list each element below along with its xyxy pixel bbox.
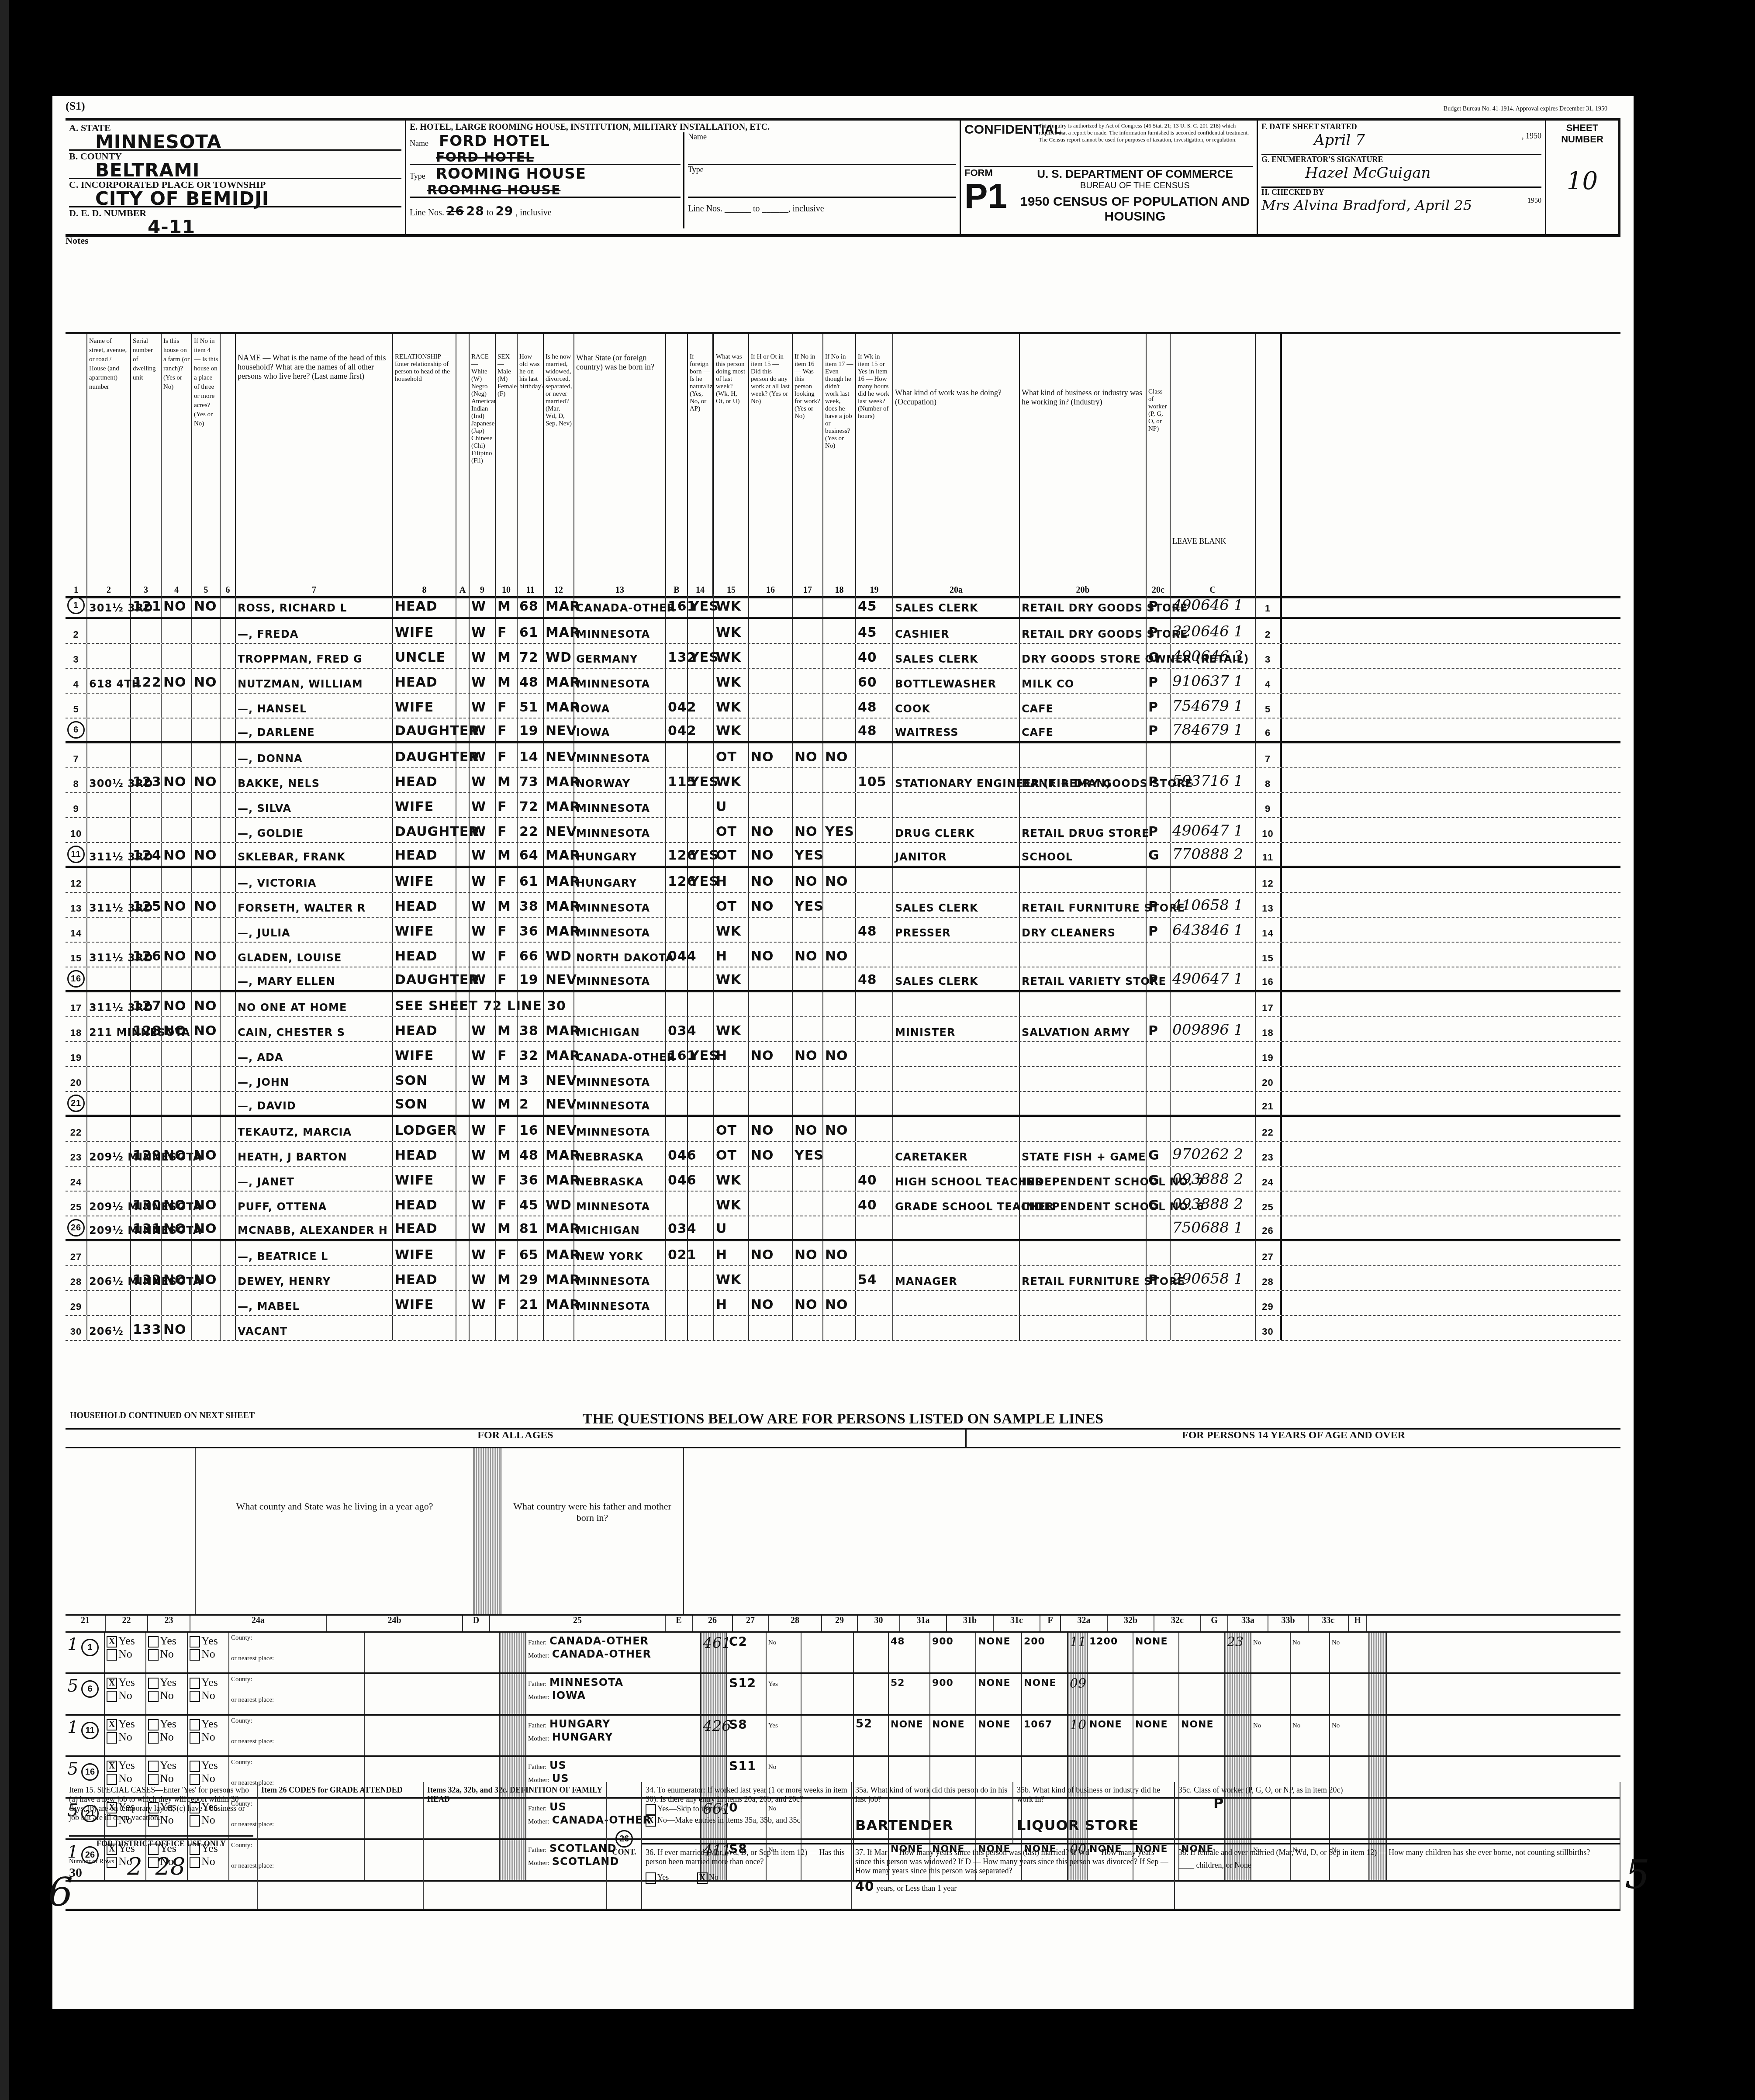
line-nos-label: Line Nos. — [410, 208, 444, 218]
cell-age: 14 — [518, 743, 544, 767]
line-number-right: 18 — [1256, 1017, 1282, 1041]
cell-c16 — [749, 793, 793, 817]
cell-c16 — [749, 918, 793, 942]
q26-cell: C2 — [727, 1633, 767, 1672]
cell-street: 301½ 3RD — [87, 594, 131, 617]
q32b-cell — [1133, 1674, 1179, 1714]
cell-blank — [456, 1266, 470, 1290]
cell-blank — [456, 893, 470, 917]
cell-age: 51 — [518, 694, 544, 718]
cell-blank — [456, 1017, 470, 1041]
cell-blank — [221, 1216, 236, 1239]
cell-marital: NEV — [544, 1067, 574, 1091]
cell-occupation: JANITOR — [893, 843, 1020, 866]
cell-sex: M — [496, 1266, 518, 1290]
line-number: 20 — [66, 1067, 87, 1091]
table-row: 16—, MARY ELLENDAUGHTERWF19NEVMINNESOTAW… — [66, 967, 1620, 992]
cell-c16: NO — [749, 868, 793, 892]
cell-age: 61 — [518, 619, 544, 643]
col-G-cell — [1225, 1674, 1251, 1714]
cell-street — [87, 1117, 131, 1141]
line-to-label: to — [487, 208, 494, 218]
q38-suffix: children, or None — [1196, 1861, 1251, 1869]
father-birthplace: US — [549, 1759, 567, 1772]
cell-class — [1147, 943, 1171, 967]
cell-street: 311½ 3RD — [87, 992, 131, 1016]
cell-acres — [192, 694, 221, 718]
cell-name: —, GOLDIE — [236, 818, 393, 842]
cell-natur — [688, 967, 714, 990]
cell-birthplace: MINNESOTA — [574, 743, 666, 767]
cell-activity: WK — [714, 918, 749, 942]
cell-c17 — [793, 1092, 823, 1115]
lower-col-28: 28 — [769, 1616, 822, 1631]
q23-yes-checkbox[interactable] — [190, 1719, 200, 1730]
sample-line-circle: 11 — [81, 1722, 99, 1739]
line-number-right: 22 — [1256, 1117, 1282, 1141]
cell-c18 — [823, 694, 856, 718]
cell-race: W — [470, 743, 496, 767]
cell-acres: NO — [192, 594, 221, 617]
cell-c18: NO — [823, 868, 856, 892]
cell-rel: WIFE — [393, 694, 456, 718]
mother-birthplace: CANADA-OTHER — [552, 1648, 651, 1660]
cell-race: W — [470, 1117, 496, 1141]
cell-farm — [162, 818, 192, 842]
cell-blank — [221, 893, 236, 917]
q23-no-checkbox[interactable] — [190, 1691, 200, 1702]
cell-birthplace: MINNESOTA — [574, 1117, 666, 1141]
line-number: 17 — [66, 992, 87, 1016]
cell-natur: YES — [688, 1042, 714, 1066]
line-number-right: 9 — [1256, 793, 1282, 817]
lower-col-E: E — [666, 1616, 693, 1631]
cell-class: P — [1147, 594, 1171, 617]
cell-c18: NO — [823, 1291, 856, 1315]
inst-name-struck: FORD HOTEL — [436, 150, 681, 165]
cell-name: —, ADA — [236, 1042, 393, 1066]
enumerator-signature: Hazel McGuigan — [1305, 164, 1430, 182]
cont-label: CONT. — [611, 1848, 638, 1857]
cell-blank — [221, 619, 236, 643]
cell-activity: H — [714, 868, 749, 892]
cell-farm: NO — [162, 1216, 192, 1239]
father-birthplace: HUNGARY — [549, 1718, 610, 1730]
q32a-cell: None — [1088, 1716, 1133, 1755]
col-17-label: If No in item 16 — Was this person looki… — [795, 353, 821, 420]
cell-activity — [714, 1067, 749, 1091]
cell-c18 — [823, 1266, 856, 1290]
cell-natur — [688, 793, 714, 817]
cell-serial: 128 — [131, 1017, 162, 1041]
col-E-cell: 461 — [701, 1633, 727, 1672]
q21-no-checkbox[interactable] — [107, 1732, 117, 1744]
lower-col-26: 26 — [693, 1616, 733, 1631]
sample-line-circle: 26 — [67, 1219, 85, 1237]
cell-marital: MAR — [544, 619, 574, 643]
q23-no-checkbox[interactable] — [190, 1649, 200, 1661]
table-row: 29—, MABELWIFEWF21MARMINNESOTAHNONONO29 — [66, 1291, 1620, 1316]
cell-acres: NO — [192, 1142, 221, 1166]
cell-age: 21 — [518, 1291, 544, 1315]
cell-c18: NO — [823, 1117, 856, 1141]
q31a-value: 900 — [932, 1678, 954, 1689]
q21-yes-checkbox[interactable]: X — [107, 1636, 117, 1648]
cell-sex: F — [496, 918, 518, 942]
cell-blank — [221, 694, 236, 718]
q22-no-checkbox[interactable] — [148, 1691, 159, 1702]
cell-codeC: 754679 1 — [1171, 694, 1256, 718]
cell-codeC: 290658 1 — [1171, 1266, 1256, 1290]
county-label: County: — [231, 1676, 362, 1683]
cell-blank — [456, 768, 470, 792]
cell-acres — [192, 868, 221, 892]
cell-industry: RETAIL FURNITURE STORE — [1020, 893, 1147, 917]
cell-serial — [131, 918, 162, 942]
cell-c16: NO — [749, 1291, 793, 1315]
q34-no-checkbox[interactable]: X — [646, 1815, 656, 1827]
line-number-right: 7 — [1256, 743, 1282, 767]
cell-industry: INDEPENDENT SCHOOL NO. 7 — [1020, 1167, 1147, 1191]
cell-c18 — [823, 967, 856, 990]
cell-hours: 40 — [856, 1167, 893, 1191]
cell-c17 — [793, 594, 823, 617]
cell-birthplace: NEBRASKA — [574, 1167, 666, 1191]
q23-cell: YesNo — [188, 1716, 229, 1755]
q23-yes-checkbox[interactable] — [190, 1761, 200, 1772]
cell-hours: 48 — [856, 967, 893, 990]
cell-blank — [221, 669, 236, 693]
cell-street: 211 MINNESOTA — [87, 1017, 131, 1041]
cell-codeB: 161 — [666, 1042, 688, 1066]
cell-codeC — [1171, 793, 1256, 817]
cell-c16 — [749, 694, 793, 718]
cell-serial — [131, 818, 162, 842]
cell-street — [87, 743, 131, 767]
cell-occupation: MANAGER — [893, 1266, 1020, 1290]
cell-occupation: PRESSER — [893, 918, 1020, 942]
cell-occupation: CASHIER — [893, 619, 1020, 643]
state-value: MINNESOTA — [95, 131, 401, 152]
cell-sex: M — [496, 644, 518, 668]
cell-acres — [192, 1316, 221, 1340]
cell-c18 — [823, 1216, 856, 1239]
sample-mark: 5 — [67, 1759, 78, 1779]
institution-label: e. HOTEL, LARGE ROOMING HOUSE, INSTITUTI… — [410, 122, 956, 132]
cell-acres — [192, 1117, 221, 1141]
cell-c16: NO — [749, 893, 793, 917]
q31a-cell: None — [930, 1716, 976, 1755]
q36-no-checkbox[interactable]: X — [697, 1872, 708, 1884]
cell-blank — [221, 1142, 236, 1166]
line-number-right: 3 — [1256, 644, 1282, 668]
cell-race: W — [470, 868, 496, 892]
cell-hours — [856, 1017, 893, 1041]
cell-birthplace: MINNESOTA — [574, 1092, 666, 1115]
cell-rel: DAUGHTER — [393, 818, 456, 842]
cell-name: TEKAUTZ, MARCIA — [236, 1117, 393, 1141]
cell-codeC: 970262 2 — [1171, 1142, 1256, 1166]
cell-street — [87, 718, 131, 741]
cell-rel: HEAD — [393, 1266, 456, 1290]
budget-note: Budget Bureau No. 41-1914. Approval expi… — [1444, 106, 1607, 113]
cell-street: 300½ 3RD — [87, 768, 131, 792]
cell-serial — [131, 967, 162, 990]
cell-hours — [856, 1042, 893, 1066]
cell-class: P — [1147, 718, 1171, 741]
line-number-right: 21 — [1256, 1092, 1282, 1115]
cell-c17 — [793, 793, 823, 817]
cell-farm — [162, 793, 192, 817]
cell-marital: NEV — [544, 743, 574, 767]
cell-codeC: 770888 2 — [1171, 843, 1256, 866]
q22-yes-checkbox[interactable] — [148, 1678, 159, 1689]
line-to-label-2: to — [753, 204, 760, 214]
q22-no-checkbox[interactable] — [148, 1732, 159, 1744]
q22-no-checkbox[interactable] — [148, 1649, 159, 1661]
q21-no-checkbox[interactable] — [107, 1649, 117, 1661]
col-C-label: LEAVE BLANK — [1172, 537, 1253, 546]
q23-yes-checkbox[interactable] — [190, 1678, 200, 1689]
cell-codeB — [666, 918, 688, 942]
lower-col-32c: 32c — [1154, 1616, 1201, 1631]
q31c-value: None — [1024, 1678, 1057, 1689]
line-number-right: 26 — [1256, 1216, 1282, 1239]
population-table: 1301½ 3RD121NONOROSS, RICHARD LHEADWM68M… — [66, 594, 1620, 1341]
cell-name: FORSETH, WALTER R — [236, 893, 393, 917]
q22-yes-checkbox[interactable] — [148, 1719, 159, 1730]
q34-yes-checkbox[interactable] — [646, 1804, 656, 1815]
cell-street — [87, 1167, 131, 1191]
line-number-right: 5 — [1256, 694, 1282, 718]
table-row: 13311½ 3RD125NONOFORSETH, WALTER RHEADWM… — [66, 893, 1620, 918]
cell-serial: 126 — [131, 943, 162, 967]
lower-col-33b: 33b — [1268, 1616, 1309, 1631]
cell-class: P — [1147, 818, 1171, 842]
date-year: , 1950 — [1522, 131, 1541, 141]
cell-codeB: 126 — [666, 868, 688, 892]
q24a-cell: County:or nearest place: — [229, 1716, 365, 1755]
q32c-cell — [1179, 1633, 1225, 1672]
q23-yes-checkbox[interactable] — [190, 1636, 200, 1648]
q33a-value: No — [1253, 1722, 1261, 1729]
q22-yes-checkbox[interactable] — [148, 1636, 159, 1648]
cell-street: 618 4TH — [87, 669, 131, 693]
line-number: 21 — [66, 1092, 87, 1115]
line-number: 18 — [66, 1017, 87, 1041]
location-block: a. STATE MINNESOTA b. COUNTY BELTRAMI c.… — [66, 121, 406, 234]
cell-activity: OT — [714, 818, 749, 842]
line-to: 29 — [495, 204, 513, 218]
table-row: 30206½133NOVACANT30 — [66, 1316, 1620, 1341]
line-number-right: 20 — [1256, 1067, 1282, 1091]
cell-class: G — [1147, 843, 1171, 866]
cell-c16: NO — [749, 743, 793, 767]
cell-c17: NO — [793, 1117, 823, 1141]
cell-age: 66 — [518, 943, 544, 967]
cell-natur — [688, 718, 714, 741]
cell-race: W — [470, 1192, 496, 1216]
cell-blank — [456, 1291, 470, 1315]
cell-occupation: BOTTLEWASHER — [893, 669, 1020, 693]
cell-c16 — [749, 1167, 793, 1191]
cell-acres: NO — [192, 1192, 221, 1216]
cell-industry — [1020, 1117, 1147, 1141]
q33a-cell — [1251, 1674, 1291, 1714]
cell-sex: M — [496, 893, 518, 917]
checked-label: h. CHECKED BY — [1261, 188, 1541, 197]
lower-col-25: 25 — [490, 1616, 666, 1631]
cell-acres — [192, 1167, 221, 1191]
q29-cell: 52 — [854, 1716, 889, 1755]
cell-farm: NO — [162, 1316, 192, 1340]
cell-blank — [456, 967, 470, 990]
line-number-right: 4 — [1256, 669, 1282, 693]
cell-race: W — [470, 943, 496, 967]
q24-header: What county and State was he living in a… — [196, 1448, 474, 1614]
q31b-cell: None — [976, 1633, 1022, 1672]
cell-name: —, DAVID — [236, 1092, 393, 1115]
cell-occupation: DRUG CLERK — [893, 818, 1020, 842]
q23-no-checkbox[interactable] — [190, 1732, 200, 1744]
cell-rel: UNCLE — [393, 644, 456, 668]
q22-yes-checkbox[interactable] — [148, 1761, 159, 1772]
cell-blank — [456, 1192, 470, 1216]
cell-rel: HEAD — [393, 1216, 456, 1239]
cell-blank — [456, 718, 470, 741]
cell-codeB — [666, 1266, 688, 1290]
cell-birthplace: MINNESOTA — [574, 669, 666, 693]
cell-class: P — [1147, 918, 1171, 942]
cell-serial — [131, 1167, 162, 1191]
cell-codeB: 046 — [666, 1142, 688, 1166]
lower-col-27: 27 — [733, 1616, 769, 1631]
cell-occupation: STATIONARY ENGINEER (FIREMAN) — [893, 768, 1020, 792]
ed-value: 4-11 — [148, 216, 401, 238]
grade-value: S8 — [729, 1717, 747, 1732]
place-value: CITY OF BEMIDJI — [95, 188, 401, 209]
q21-no-checkbox[interactable] — [107, 1691, 117, 1702]
cell-age: 61 — [518, 868, 544, 892]
col-D-cell — [500, 1716, 526, 1755]
cell-birthplace: MINNESOTA — [574, 1067, 666, 1091]
cell-hours — [856, 793, 893, 817]
cell-industry: RETAIL DRY GOODS STORE — [1020, 594, 1147, 617]
cell-marital: MAR — [544, 1266, 574, 1290]
cell-c16 — [749, 1017, 793, 1041]
cell-activity: H — [714, 1291, 749, 1315]
sample-mark: 1 — [67, 1717, 78, 1737]
col-2-label: Name of street, avenue, or road / House … — [89, 338, 127, 390]
cell-occupation: SALES CLERK — [893, 594, 1020, 617]
cell-sex: F — [496, 1291, 518, 1315]
cell-occupation — [893, 1291, 1020, 1315]
cell-serial — [131, 644, 162, 668]
cell-serial: 131 — [131, 1216, 162, 1239]
table-row: 22TEKAUTZ, MARCIALODGERWF16NEVMINNESOTAO… — [66, 1117, 1620, 1142]
cell-serial: 124 — [131, 843, 162, 866]
q21-yes-checkbox[interactable]: X — [107, 1761, 117, 1772]
sample-line-circle: 16 — [81, 1763, 99, 1781]
cell-natur — [688, 1092, 714, 1115]
cell-codeB — [666, 1117, 688, 1141]
cell-class — [1147, 1316, 1171, 1340]
cell-name: SKLEBAR, FRANK — [236, 843, 393, 866]
cell-marital: MAR — [544, 694, 574, 718]
lower-col-21: 21 — [66, 1616, 106, 1631]
cell-c17: NO — [793, 1291, 823, 1315]
cell-c16: NO — [749, 1241, 793, 1265]
cell-activity: H — [714, 1042, 749, 1066]
line-number: 9 — [66, 793, 87, 817]
cell-hours — [856, 1316, 893, 1340]
cell-marital: MAR — [544, 1042, 574, 1066]
cell-hours: 48 — [856, 918, 893, 942]
cell-c16 — [749, 1266, 793, 1290]
q21-yes-checkbox[interactable]: X — [107, 1719, 117, 1730]
line-number: 27 — [66, 1241, 87, 1265]
cell-serial — [131, 793, 162, 817]
cell-marital: MAR — [544, 1291, 574, 1315]
continued-label: HOUSEHOLD CONTINUED ON NEXT SHEET — [70, 1411, 255, 1421]
cell-codeC: 320646 1 — [1171, 619, 1256, 643]
q32a-cell: 1200 — [1088, 1633, 1133, 1672]
line-number-right: 15 — [1256, 943, 1282, 967]
cell-hours — [856, 843, 893, 866]
cell-c18 — [823, 669, 856, 693]
cell-codeB: 126 — [666, 843, 688, 866]
cell-natur: YES — [688, 868, 714, 892]
q32c-value: None — [1181, 1719, 1214, 1730]
q33b-value: No — [1292, 1722, 1300, 1729]
cell-blank — [221, 1117, 236, 1141]
cell-natur — [688, 1241, 714, 1265]
grade-value: C2 — [729, 1634, 747, 1649]
cell-blank — [221, 918, 236, 942]
q24a-cell: County:or nearest place: — [229, 1633, 365, 1672]
cell-natur: YES — [688, 594, 714, 617]
line-number-right: 24 — [1256, 1167, 1282, 1191]
grade-value: S12 — [729, 1676, 756, 1690]
cell-marital: NEV — [544, 818, 574, 842]
cell-occupation — [893, 1117, 1020, 1141]
cell-acres — [192, 1291, 221, 1315]
cell-c18 — [823, 1192, 856, 1216]
cell-street: 311½ 3RD — [87, 943, 131, 967]
cell-name: CAIN, CHESTER S — [236, 1017, 393, 1041]
cell-natur — [688, 918, 714, 942]
cell-birthplace: NORWAY — [574, 768, 666, 792]
sample-mark: 1 — [67, 1634, 78, 1654]
line-number: 3 — [66, 644, 87, 668]
nearest-place-label: or nearest place: — [231, 1696, 362, 1704]
q21-yes-checkbox[interactable]: X — [107, 1678, 117, 1689]
cell-sex: M — [496, 843, 518, 866]
q33b-value: No — [1292, 1639, 1300, 1646]
q31c-cell: None — [1022, 1674, 1068, 1714]
cell-birthplace — [574, 1316, 666, 1340]
cell-name: —, SILVA — [236, 793, 393, 817]
cell-rel: SON — [393, 1092, 456, 1115]
q25-header: What country were his father and mother … — [501, 1448, 684, 1614]
cell-c18 — [823, 1167, 856, 1191]
q29-cell — [854, 1633, 889, 1672]
q36-yes-checkbox[interactable] — [646, 1872, 656, 1884]
col-20a-label: What kind of work was he doing? (Occupat… — [895, 388, 1017, 407]
table-row: 14—, JULIAWIFEWF36MARMINNESOTAWK48PRESSE… — [66, 918, 1620, 943]
col-F-cell: 11 — [1068, 1633, 1088, 1672]
cell-c16 — [749, 967, 793, 990]
